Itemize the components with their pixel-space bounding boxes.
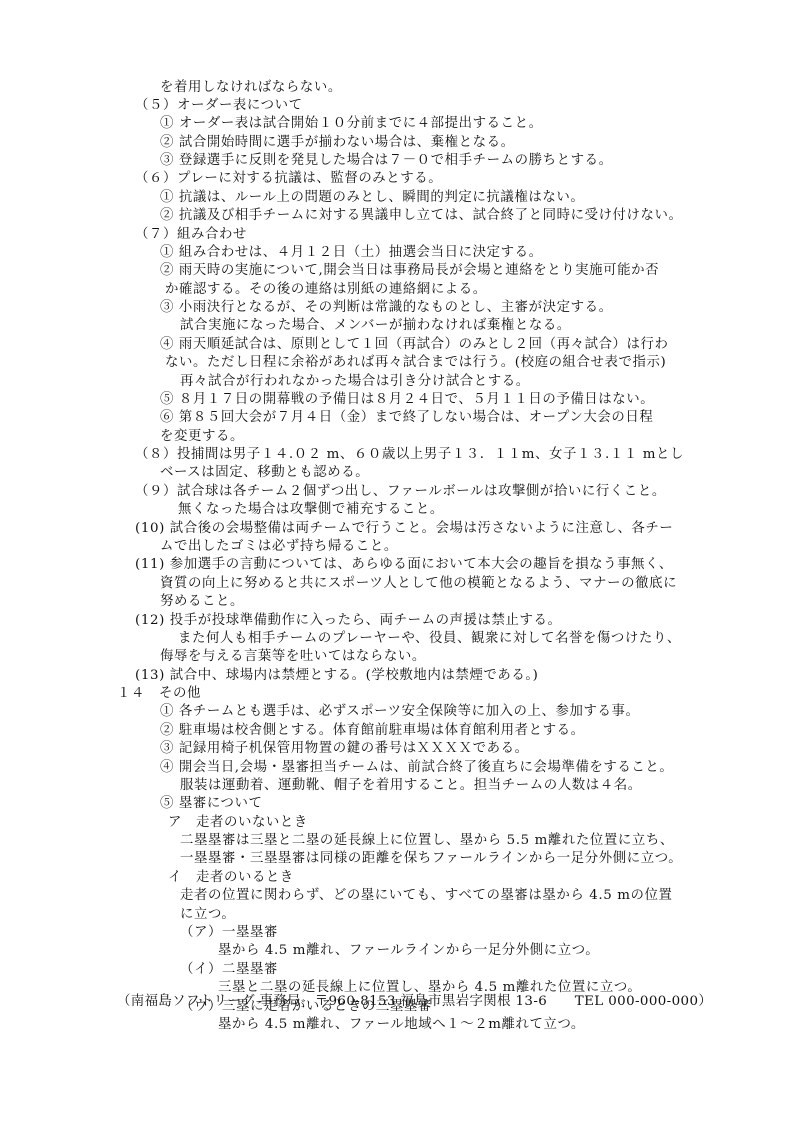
document-line: ④ 雨天順延試合は、原則として１回（再試合）のみとし２回（再々試合）は行わ (160, 336, 669, 354)
document-line: ② 試合開始時間に選手が揃わない場合は、棄権となる。 (160, 134, 515, 152)
document-line: を着用しなければならない。 (160, 79, 342, 97)
document-line: 努めること。 (160, 593, 244, 611)
document-line: １４ その他 (117, 685, 201, 703)
document-line: ③ 登録選手に反則を発見した場合は７－０で相手チームの勝ちとする。 (160, 152, 613, 170)
document-line: 一塁塁審・三塁塁審は同様の距離を保ちファールラインから一足分外側に立つ。 (180, 850, 682, 868)
document-line: か確認する。その後の連絡は別紙の連絡網による。 (165, 281, 487, 299)
document-line: （７）組み合わせ (135, 226, 247, 244)
document-line: ① 抗議は、ルール上の問題のみとし、瞬間的判定に抗議権はない。 (160, 189, 584, 207)
document-line: ② 雨天時の実施について,開会当日は事務局長が会場と連絡をとり実施可能か否 (160, 262, 659, 280)
document-line: 侮辱を与える言葉等を吐いてはならない。 (160, 648, 426, 666)
document-line: イ 走者のいるとき (168, 869, 294, 887)
document-line: 再々試合が行われなかった場合は引き分け試合とする。 (180, 373, 530, 391)
document-line: ② 抗議及び相手チームに対する異議申し立ては、試合終了と同時に受け付けない。 (160, 207, 683, 225)
document-line: （８）投捕間は男子１４.０２ m、６０歳以上男子１３．１１m、女子１３.１１ m… (135, 446, 684, 464)
document-line: （ア）一塁塁審 (180, 924, 278, 942)
document-line: （イ）二塁塁審 (180, 961, 278, 979)
document-line: ② 駐車場は校舎側とする。体育館前駐車場は体育館利用者とする。 (160, 722, 585, 740)
document-line: ⑤ 塁審について (160, 795, 263, 813)
document-line: ④ 開会当日,会場・塁審担当チームは、前試合終了後直ちに会場準備をすること。 (160, 759, 673, 777)
document-line: 服装は運動着、運動靴、帽子を着用すること。担当チームの人数は４名。 (180, 777, 642, 795)
document-line: ムで出したゴミは必ず持ち帰ること。 (160, 538, 398, 556)
document-line: ⑥ 第８５回大会が７月４日（金）まで終了しない場合は、オープン大会の日程 (160, 409, 653, 427)
document-line: （９）試合球は各チーム２個ずつ出し、ファールボールは攻撃側が拾いに行くこと。 (135, 483, 666, 501)
footer-contact: （南福島ソフトリーグ 事務局 〒960-8153 福島市黒岩字関根 13-6 T… (117, 993, 712, 1011)
document-line: 走者の位置に関わらず、どの塁にいても、すべての塁審は塁から 4.5 mの位置 (180, 887, 672, 905)
document-line: (13) 試合中、球場内は禁煙とする。(学校敷地内は禁煙である。) (135, 667, 538, 685)
document-line: 二塁塁審は三塁と二塁の延長線上に位置し、塁から 5.5 m離れた位置に立ち、 (180, 832, 674, 850)
document-line: ① 組み合わせは、４月１２日（土）抽選会当日に決定する。 (160, 244, 543, 262)
document-line: に立つ。 (180, 906, 235, 924)
document-line: ① オーダー表は試合開始１０分前までに４部提出すること。 (160, 115, 543, 133)
document-line: 塁から 4.5 m離れ、ファール地域へ１～２m離れて立つ。 (218, 1016, 585, 1034)
document-line: ① 各チームとも選手は、必ずスポーツ安全保険等に加入の上、参加する事。 (160, 703, 639, 721)
document-line: 資質の向上に努めると共にスポーツ人として他の模範となるよう、マナーの徹底に (160, 575, 677, 593)
document-line: また何人も相手チームのプレーヤーや、役員、観衆に対して名誉を傷つけたり、 (178, 630, 681, 648)
document-line: を変更する。 (160, 428, 244, 446)
document-line: (12) 投手が投球準備動作に入ったら、両チームの声援は禁止する。 (135, 612, 561, 630)
document-line: 試合実施になった場合、メンバーが揃わなければ棄権となる。 (180, 317, 571, 335)
document-page: を着用しなければならない。（５）オーダー表について① オーダー表は試合開始１０分… (0, 0, 794, 1123)
document-line: ③ 小雨決行となるが、その判断は常識的なものとし、主審が決定する。 (160, 299, 613, 317)
document-line: ベースは固定、移動とも認める。 (160, 464, 369, 482)
document-line: （５）オーダー表について (135, 97, 303, 115)
document-line: ⑤ ８月１７日の開幕戦の予備日は８月２４日で、５月１１日の予備日はない。 (160, 391, 654, 409)
document-line: (11) 参加選手の言動については、あらゆる面において本大会の趣旨を損なう事無く… (135, 556, 673, 574)
document-line: 無くなった場合は攻撃側で補充すること。 (178, 501, 444, 519)
document-line: ア 走者のいないとき (168, 814, 308, 832)
document-line: (10) 試合後の会場整備は両チームで行うこと。会場は汚さないように注意し、各チ… (135, 520, 673, 538)
document-line: ③ 記録用椅子机保管用物置の鍵の番号はＸＸＸＸである。 (160, 740, 529, 758)
document-line: （６）プレーに対する抗議は、監督のみとする。 (135, 170, 442, 188)
document-line: ない。ただし日程に余裕があれば再々試合までは行う。(校庭の組合せ表で指示) (165, 354, 666, 372)
document-line: 塁から 4.5 m離れ、ファールラインから一足分外側に立つ。 (218, 942, 599, 960)
